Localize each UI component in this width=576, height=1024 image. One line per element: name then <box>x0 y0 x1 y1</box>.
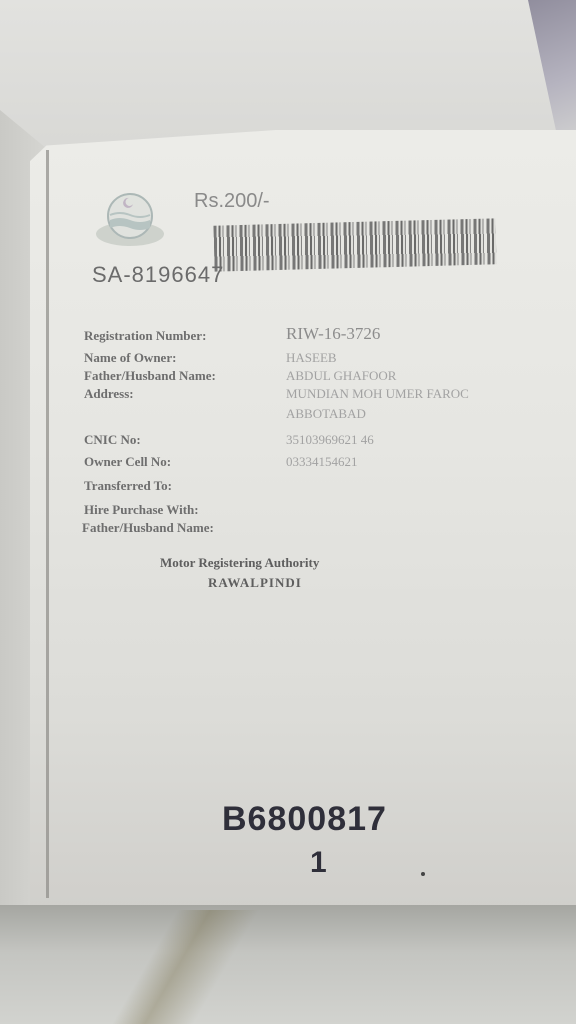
barcode-icon <box>213 218 496 271</box>
field-label: Owner Cell No: <box>84 454 171 470</box>
field-label: Father/Husband Name: <box>82 520 214 536</box>
field-label: Hire Purchase With: <box>84 502 199 518</box>
background-surface <box>0 0 576 140</box>
booklet-number: B6800817 <box>222 800 387 839</box>
authority-city: RAWALPINDI <box>208 575 302 591</box>
field-value: 35103969621 46 <box>286 432 374 448</box>
field-label: CNIC No: <box>84 432 141 448</box>
field-label: Address: <box>84 386 134 402</box>
field-value: 03334154621 <box>286 454 358 470</box>
fabric-fold <box>80 910 340 1024</box>
field-label: Father/Husband Name: <box>84 368 216 384</box>
fee-amount: Rs.200/- <box>194 190 270 213</box>
page-number: 1 <box>310 846 327 880</box>
ink-dot <box>421 872 425 876</box>
book-spine-line <box>46 150 49 898</box>
field-value: ABBOTABAD <box>286 406 366 422</box>
field-label: Registration Number: <box>84 328 206 344</box>
field-label: Transferred To: <box>84 478 172 494</box>
field-value: MUNDIAN MOH UMER FAROC <box>286 386 469 402</box>
serial-number: SA-8196647 <box>92 262 224 288</box>
field-value: HASEEB <box>286 350 337 366</box>
issuing-authority: Motor Registering Authority <box>160 555 319 571</box>
punjab-government-emblem-icon <box>95 190 165 250</box>
field-value: RIW-16-3726 <box>286 324 380 344</box>
field-label: Name of Owner: <box>84 350 176 366</box>
field-value: ABDUL GHAFOOR <box>286 368 396 384</box>
